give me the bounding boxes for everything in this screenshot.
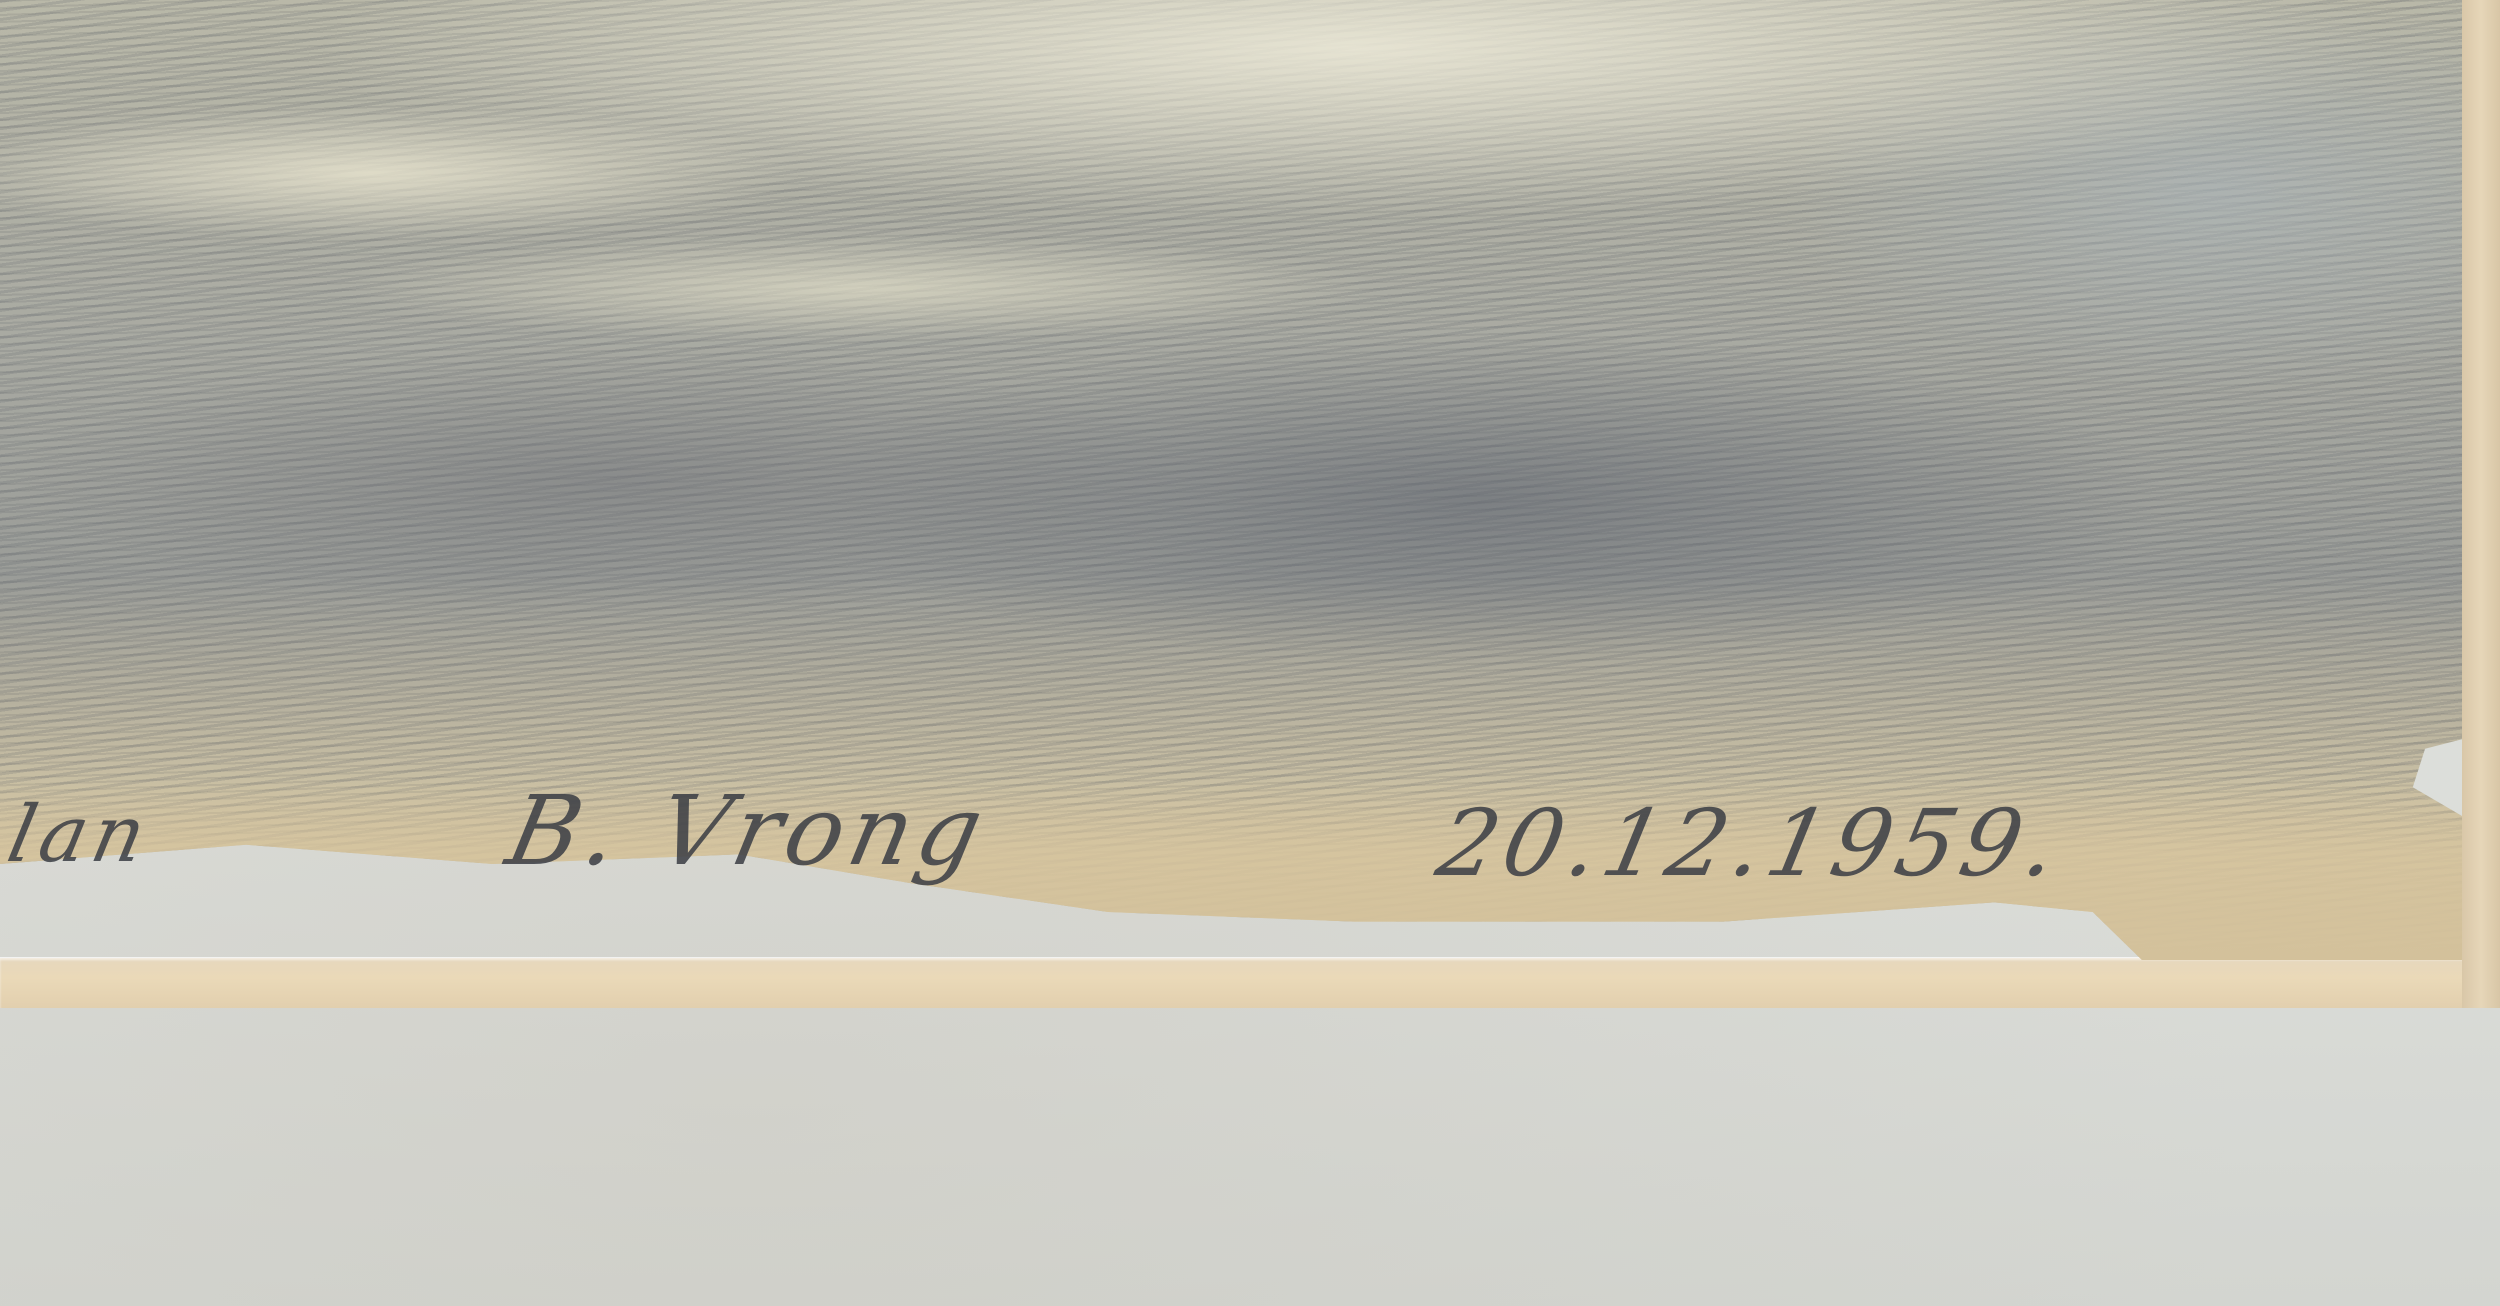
title-fragment: lan — [0, 790, 159, 880]
artist-signature: B. Vrong — [498, 775, 998, 887]
drawing-paper — [0, 0, 2462, 960]
signature-date: 20.12.1959. — [1429, 790, 2074, 897]
mat-right-edge — [2462, 0, 2500, 1008]
photograph: lan B. Vrong 20.12.1959. — [0, 0, 2500, 1306]
mat-strip — [0, 958, 2500, 1008]
